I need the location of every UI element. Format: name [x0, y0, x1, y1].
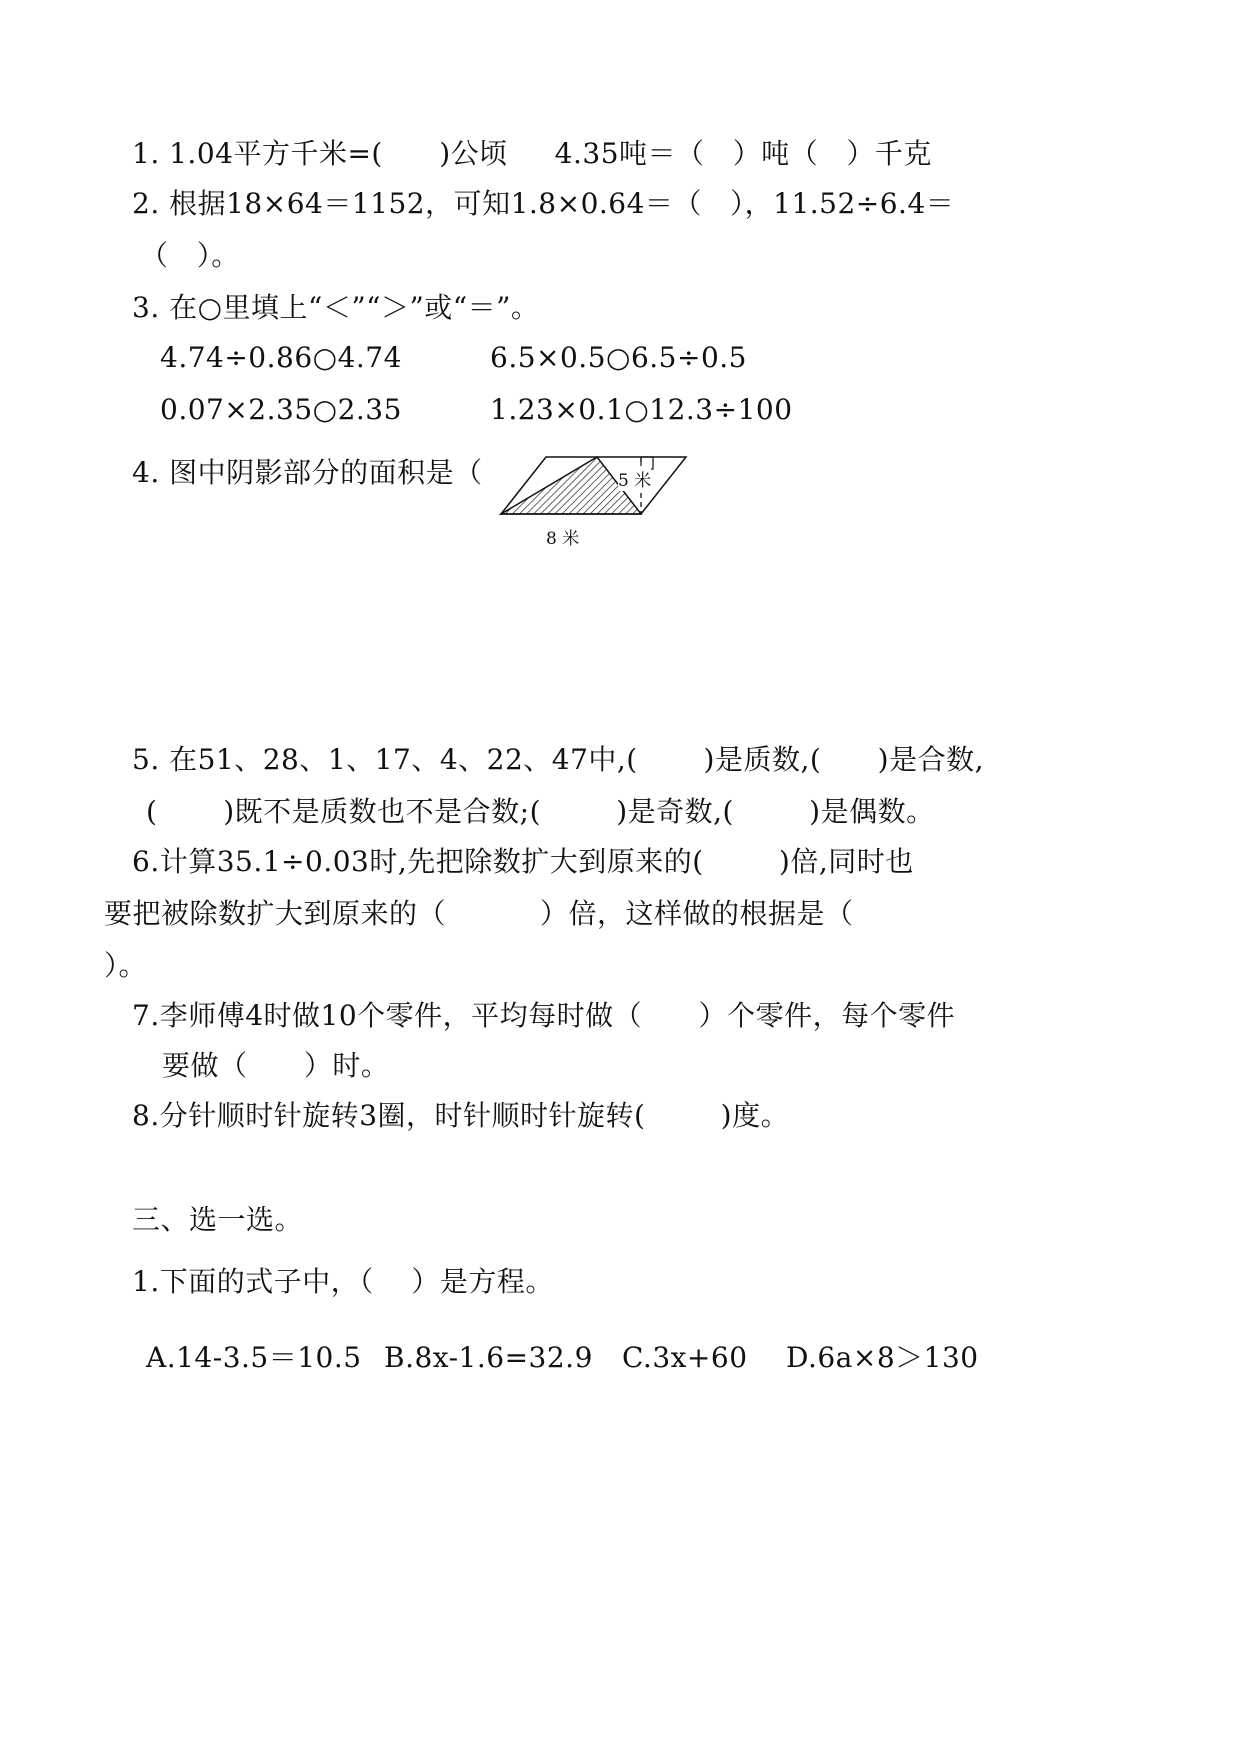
q7-text-line2: 要做（ ）时。 [162, 1048, 389, 1084]
parallelogram-figure: 5 米 8 米 [496, 452, 696, 552]
q5-text-line1: 5. 在51、28、1、17、4、22、47中,( )是质数,( )是合数, [132, 742, 984, 778]
parallelogram-diagram [496, 452, 696, 552]
q6-text-line2: 要把被除数扩大到原来的（ ）倍，这样做的根据是（ [104, 896, 854, 932]
section3-title: 三、选一选。 [132, 1202, 303, 1238]
q3-item-1: 4.74÷0.86○4.74 [160, 340, 402, 376]
q2-text-line1: 2. 根据18×64＝1152，可知1.8×0.64＝（ ），11.52÷6.4… [132, 186, 954, 222]
q3-item-3: 0.07×2.35○2.35 [160, 392, 402, 428]
height-label: 5 米 [618, 466, 651, 491]
option-c: C.3x+60 [622, 1340, 748, 1376]
section3-q1-text: 1.下面的式子中，（ ）是方程。 [132, 1264, 554, 1300]
option-d: D.6a×8＞130 [786, 1340, 979, 1376]
q6-text-line1: 6.计算35.1÷0.03时,先把除数扩大到原来的( )倍,同时也 [132, 844, 914, 880]
q3-title: 3. 在○里填上“＜”“＞”或“＝”。 [132, 290, 539, 326]
q1-text: 1. 1.04平方千米=( )公顷 4.35吨＝（ ）吨（ ）千克 [132, 136, 932, 172]
q5-text-line2: ( )既不是质数也不是合数;( )是奇数,( )是偶数。 [146, 794, 935, 830]
q3-item-2: 6.5×0.5○6.5÷0.5 [490, 340, 747, 376]
base-label: 8 米 [546, 524, 579, 549]
q4-text: 4. 图中阴影部分的面积是（ [132, 455, 483, 491]
q2-text-line2: （ ）。 [140, 238, 240, 274]
option-a: A.14-3.5＝10.5 [146, 1340, 362, 1376]
option-b: B.8x-1.6=32.9 [384, 1340, 593, 1376]
q7-text-line1: 7.李师傅4时做10个零件，平均每时做（ ）个零件，每个零件 [132, 998, 955, 1034]
q8-text: 8.分针顺时针旋转3圈，时针顺时针旋转( )度。 [132, 1098, 789, 1134]
q6-text-line3: ）。 [104, 948, 147, 984]
q3-item-4: 1.23×0.1○12.3÷100 [490, 392, 793, 428]
